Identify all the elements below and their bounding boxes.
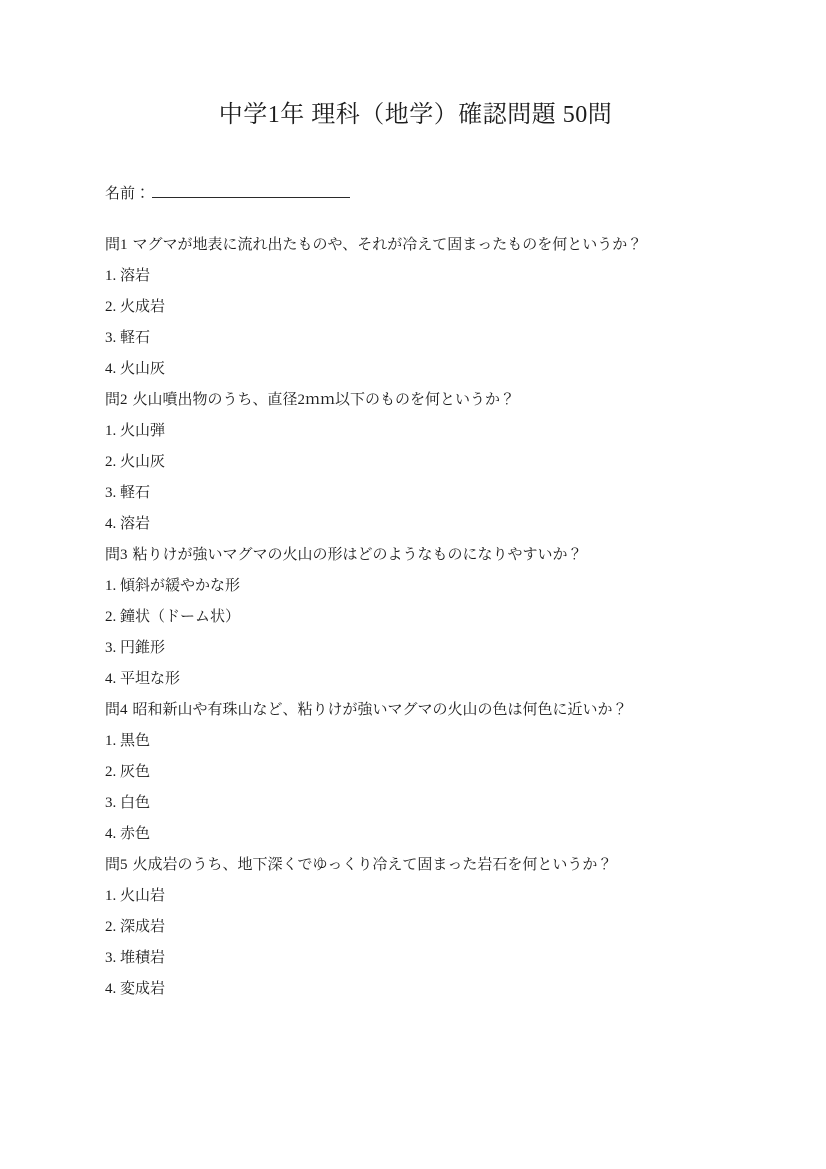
question-heading: 問4昭和新山や有珠山など、粘りけが強いマグマの火山の色は何色に近いか？	[105, 703, 726, 718]
question-number: 問4	[105, 702, 128, 718]
question-block-3: 問3粘りけが強いマグマの火山の形はどのようなものになりやすいか？ 1. 傾斜が緩…	[105, 548, 726, 687]
question-option: 1. 黒色	[105, 734, 726, 749]
question-block-4: 問4昭和新山や有珠山など、粘りけが強いマグマの火山の色は何色に近いか？ 1. 黒…	[105, 703, 726, 842]
question-option: 3. 白色	[105, 796, 726, 811]
question-block-5: 問5火成岩のうち、地下深くでゆっくり冷えて固まった岩石を何というか？ 1. 火山…	[105, 858, 726, 997]
question-option: 2. 火山灰	[105, 455, 726, 470]
page-title: 中学1年 理科（地学）確認問題 50問	[105, 94, 726, 129]
question-option: 4. 変成岩	[105, 982, 726, 997]
question-option: 1. 火山弾	[105, 424, 726, 439]
question-text: 粘りけが強いマグマの火山の形はどのようなものになりやすいか？	[133, 547, 583, 563]
name-line: 名前：	[105, 184, 726, 202]
question-text: 火山噴出物のうち、直径2ｍｍ以下のものを何というか？	[133, 392, 516, 408]
question-heading: 問5火成岩のうち、地下深くでゆっくり冷えて固まった岩石を何というか？	[105, 858, 726, 873]
question-option: 3. 軽石	[105, 486, 726, 501]
question-text: 火成岩のうち、地下深くでゆっくり冷えて固まった岩石を何というか？	[133, 857, 613, 873]
document-page: 中学1年 理科（地学）確認問題 50問 名前： 問1マグマが地表に流れ出たものや…	[0, 0, 826, 1169]
question-option: 1. 傾斜が緩やかな形	[105, 579, 726, 594]
question-block-1: 問1マグマが地表に流れ出たものや、それが冷えて固まったものを何というか？ 1. …	[105, 238, 726, 377]
question-option: 4. 平坦な形	[105, 672, 726, 687]
question-option: 2. 灰色	[105, 765, 726, 780]
question-block-2: 問2火山噴出物のうち、直径2ｍｍ以下のものを何というか？ 1. 火山弾 2. 火…	[105, 393, 726, 532]
question-number: 問3	[105, 547, 128, 563]
question-option: 2. 鐘状（ドーム状）	[105, 610, 726, 625]
question-option: 2. 深成岩	[105, 920, 726, 935]
question-number: 問1	[105, 237, 128, 253]
question-number: 問2	[105, 392, 128, 408]
question-option: 3. 軽石	[105, 331, 726, 346]
question-option: 3. 円錐形	[105, 641, 726, 656]
name-label: 名前：	[105, 186, 150, 202]
name-blank-underline	[152, 184, 350, 198]
question-option: 1. 溶岩	[105, 269, 726, 284]
question-option: 3. 堆積岩	[105, 951, 726, 966]
question-heading: 問3粘りけが強いマグマの火山の形はどのようなものになりやすいか？	[105, 548, 726, 563]
question-option: 1. 火山岩	[105, 889, 726, 904]
question-option: 4. 赤色	[105, 827, 726, 842]
question-option: 4. 火山灰	[105, 362, 726, 377]
question-option: 4. 溶岩	[105, 517, 726, 532]
question-text: 昭和新山や有珠山など、粘りけが強いマグマの火山の色は何色に近いか？	[133, 702, 628, 718]
question-heading: 問1マグマが地表に流れ出たものや、それが冷えて固まったものを何というか？	[105, 238, 726, 253]
question-heading: 問2火山噴出物のうち、直径2ｍｍ以下のものを何というか？	[105, 393, 726, 408]
question-text: マグマが地表に流れ出たものや、それが冷えて固まったものを何というか？	[133, 237, 643, 253]
question-number: 問5	[105, 857, 128, 873]
question-option: 2. 火成岩	[105, 300, 726, 315]
questions-section: 問1マグマが地表に流れ出たものや、それが冷えて固まったものを何というか？ 1. …	[105, 238, 726, 997]
